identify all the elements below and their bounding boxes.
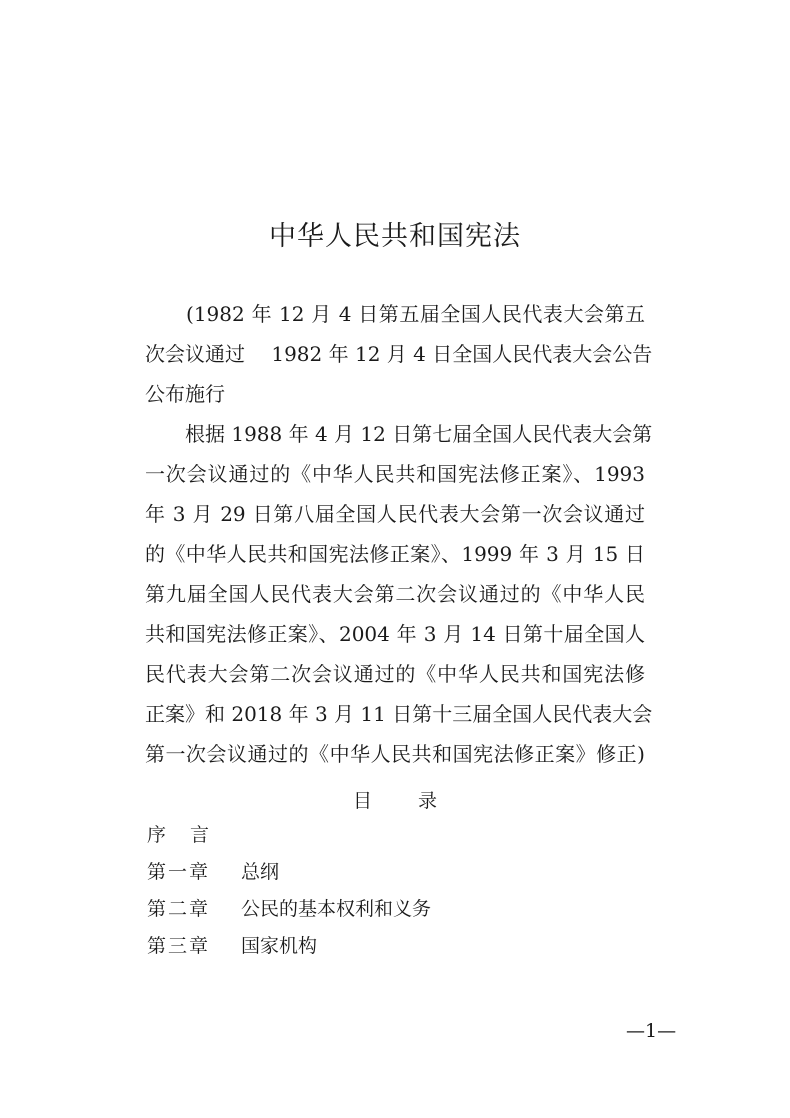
toc-item-preface[interactable]: 序言: [147, 820, 431, 857]
toc-chapter-title: 公民的基本权利和义务: [241, 898, 431, 920]
adoption-note-line: 一次会议通过的《中华人民共和国宪法修正案》、1993: [145, 458, 645, 498]
adoption-note-line: 年 3 月 29 日第八届全国人民代表大会第一次会议通过: [145, 498, 645, 538]
adoption-note-line: 民代表大会第二次会议通过的《中华人民共和国宪法修: [145, 658, 645, 698]
adoption-note-line: 次会议通过 1982 年 12 月 4 日全国人民代表大会公告: [145, 338, 645, 378]
document-page: 中华人民共和国宪法 (1982 年 12 月 4 日第五届全国人民代表大会第五 …: [0, 0, 790, 1118]
toc-chapter-label: 第二章: [147, 894, 235, 924]
toc-chapter-title: 总纲: [241, 861, 279, 883]
adoption-note-line: 根据 1988 年 4 月 12 日第七届全国人民代表大会第: [145, 418, 645, 458]
toc-item-chapter-2[interactable]: 第二章 公民的基本权利和义务: [147, 894, 431, 931]
toc-chapter-label: 第三章: [147, 931, 235, 961]
adoption-note-line: (1982 年 12 月 4 日第五届全国人民代表大会第五: [145, 298, 645, 338]
page-number: —1—: [626, 1020, 676, 1042]
toc-heading: 目录: [0, 786, 790, 813]
adoption-note-line: 第一次会议通过的《中华人民共和国宪法修正案》修正): [145, 738, 645, 778]
toc-item-chapter-1[interactable]: 第一章 总纲: [147, 857, 431, 894]
toc-chapter-label: 序言: [147, 824, 233, 846]
toc-heading-right: 录: [418, 786, 437, 813]
adoption-note-line: 共和国宪法修正案》、2004 年 3 月 14 日第十届全国人: [145, 618, 645, 658]
adoption-note-line: 第九届全国人民代表大会第二次会议通过的《中华人民: [145, 578, 645, 618]
toc-heading-left: 目: [353, 786, 372, 813]
adoption-note-line: 正案》和 2018 年 3 月 11 日第十三届全国人民代表大会: [145, 698, 645, 738]
toc-item-chapter-3[interactable]: 第三章 国家机构: [147, 931, 431, 968]
adoption-note: (1982 年 12 月 4 日第五届全国人民代表大会第五 次会议通过 1982…: [145, 298, 645, 778]
toc-chapter-label: 第一章: [147, 857, 235, 887]
adoption-note-line: 公布施行: [145, 378, 645, 418]
toc-chapter-title: 国家机构: [241, 935, 317, 957]
document-title: 中华人民共和国宪法: [0, 214, 790, 253]
adoption-note-line: 的《中华人民共和国宪法修正案》、1999 年 3 月 15 日: [145, 538, 645, 578]
table-of-contents: 序言 第一章 总纲 第二章 公民的基本权利和义务 第三章 国家机构: [147, 820, 431, 968]
